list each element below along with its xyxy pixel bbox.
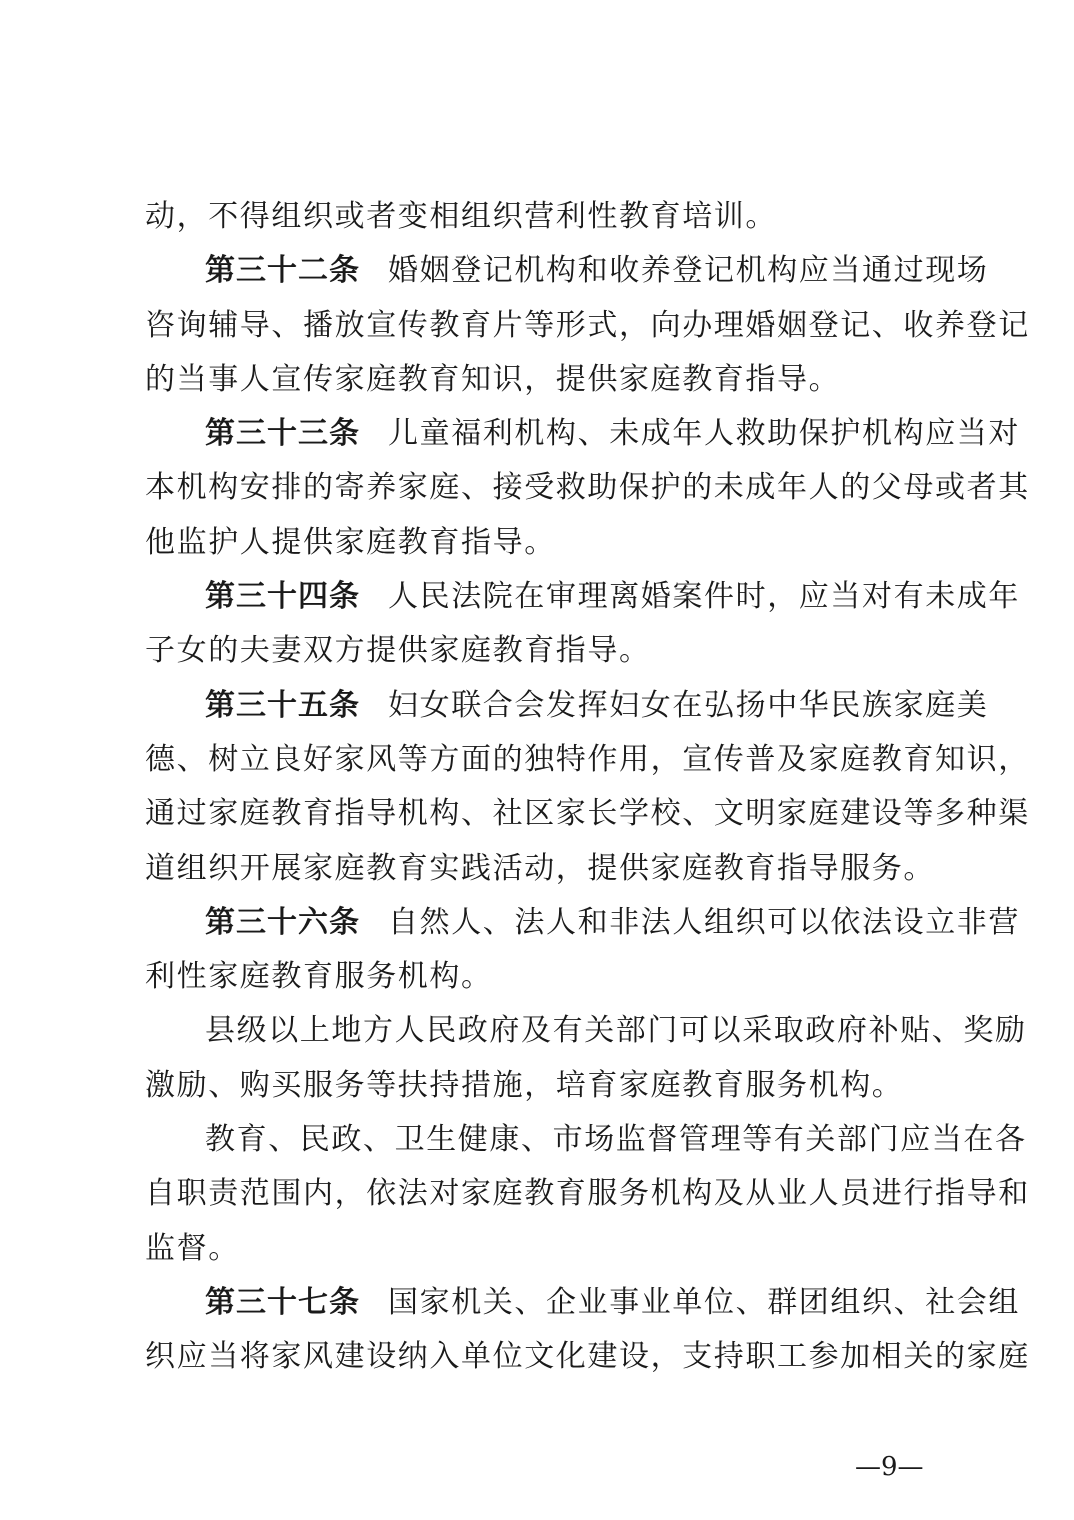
text-line: 德、树立良好家风等方面的独特作用，宣传普及家庭教育知识，: [145, 733, 941, 787]
article-number: 第三十五条: [205, 688, 360, 723]
article-36: 第三十六条自然人、法人和非法人组织可以依法设立非营 利性家庭教育服务机构。: [145, 896, 945, 1005]
text-line: 通过家庭教育指导机构、社区家长学校、文明家庭建设等多种渠: [145, 787, 941, 841]
text-line: 动，不得组织或者变相组织营利性教育培训。: [145, 199, 777, 234]
text-line: 自然人、法人和非法人组织可以依法设立非营: [388, 905, 1020, 940]
text-line: 他监护人提供家庭教育指导。: [145, 516, 945, 570]
article-number: 第三十六条: [205, 905, 360, 940]
text-line: 道组织开展家庭教育实践活动，提供家庭教育指导服务。: [145, 842, 945, 896]
text-line: 利性家庭教育服务机构。: [145, 950, 945, 1004]
article-36-paragraph-2: 县级以上地方人民政府及有关部门可以采取政府补贴、奖励 激励、购买服务等扶持措施，…: [145, 1004, 945, 1113]
article-first-line: 第三十七条国家机关、企业事业单位、群团组织、社会组: [145, 1276, 941, 1330]
text-line: 子女的夫妻双方提供家庭教育指导。: [145, 624, 945, 678]
text-line: 教育、民政、卫生健康、市场监督管理等有关部门应当在各: [145, 1113, 941, 1167]
document-page: 动，不得组织或者变相组织营利性教育培训。 第三十二条婚姻登记机构和收养登记机构应…: [145, 190, 945, 1385]
article-first-line: 第三十四条人民法院在审理离婚案件时，应当对有未成年: [145, 570, 941, 624]
article-number: 第三十三条: [205, 416, 360, 451]
page-number: —9—: [855, 1452, 924, 1482]
text-line: 人民法院在审理离婚案件时，应当对有未成年: [388, 579, 1020, 614]
article-first-line: 第三十五条妇女联合会发挥妇女在弘扬中华民族家庭美: [145, 679, 941, 733]
article-first-line: 第三十六条自然人、法人和非法人组织可以依法设立非营: [145, 896, 941, 950]
article-34: 第三十四条人民法院在审理离婚案件时，应当对有未成年 子女的夫妻双方提供家庭教育指…: [145, 570, 945, 679]
text-line: 县级以上地方人民政府及有关部门可以采取政府补贴、奖励: [145, 1004, 941, 1058]
article-number: 第三十四条: [205, 579, 360, 614]
article-number: 第三十七条: [205, 1285, 360, 1320]
text-line: 的当事人宣传家庭教育知识，提供家庭教育指导。: [145, 353, 945, 407]
article-37: 第三十七条国家机关、企业事业单位、群团组织、社会组 织应当将家风建设纳入单位文化…: [145, 1276, 945, 1385]
article-36-paragraph-3: 教育、民政、卫生健康、市场监督管理等有关部门应当在各 自职责范围内，依法对家庭教…: [145, 1113, 945, 1276]
text-line: 妇女联合会发挥妇女在弘扬中华民族家庭美: [388, 688, 988, 723]
article-33: 第三十三条儿童福利机构、未成年人救助保护机构应当对 本机构安排的寄养家庭、接受救…: [145, 407, 945, 570]
text-line: 国家机关、企业事业单位、群团组织、社会组: [388, 1285, 1020, 1320]
text-line: 激励、购买服务等扶持措施，培育家庭教育服务机构。: [145, 1059, 945, 1113]
article-first-line: 第三十三条儿童福利机构、未成年人救助保护机构应当对: [145, 407, 941, 461]
article-first-line: 第三十二条婚姻登记机构和收养登记机构应当通过现场: [145, 244, 941, 298]
article-35: 第三十五条妇女联合会发挥妇女在弘扬中华民族家庭美 德、树立良好家风等方面的独特作…: [145, 679, 945, 896]
article-number: 第三十二条: [205, 253, 360, 288]
text-line: 婚姻登记机构和收养登记机构应当通过现场: [388, 253, 988, 288]
text-line: 织应当将家风建设纳入单位文化建设，支持职工参加相关的家庭: [145, 1330, 941, 1384]
text-line: 监督。: [145, 1222, 945, 1276]
text-line: 自职责范围内，依法对家庭教育服务机构及从业人员进行指导和: [145, 1167, 941, 1221]
text-line: 本机构安排的寄养家庭、接受救助保护的未成年人的父母或者其: [145, 461, 941, 515]
text-line: 咨询辅导、播放宣传教育片等形式，向办理婚姻登记、收养登记: [145, 299, 941, 353]
article-32: 第三十二条婚姻登记机构和收养登记机构应当通过现场 咨询辅导、播放宣传教育片等形式…: [145, 244, 945, 407]
text-line: 儿童福利机构、未成年人救助保护机构应当对: [388, 416, 1020, 451]
paragraph-continuation: 动，不得组织或者变相组织营利性教育培训。: [145, 190, 945, 244]
